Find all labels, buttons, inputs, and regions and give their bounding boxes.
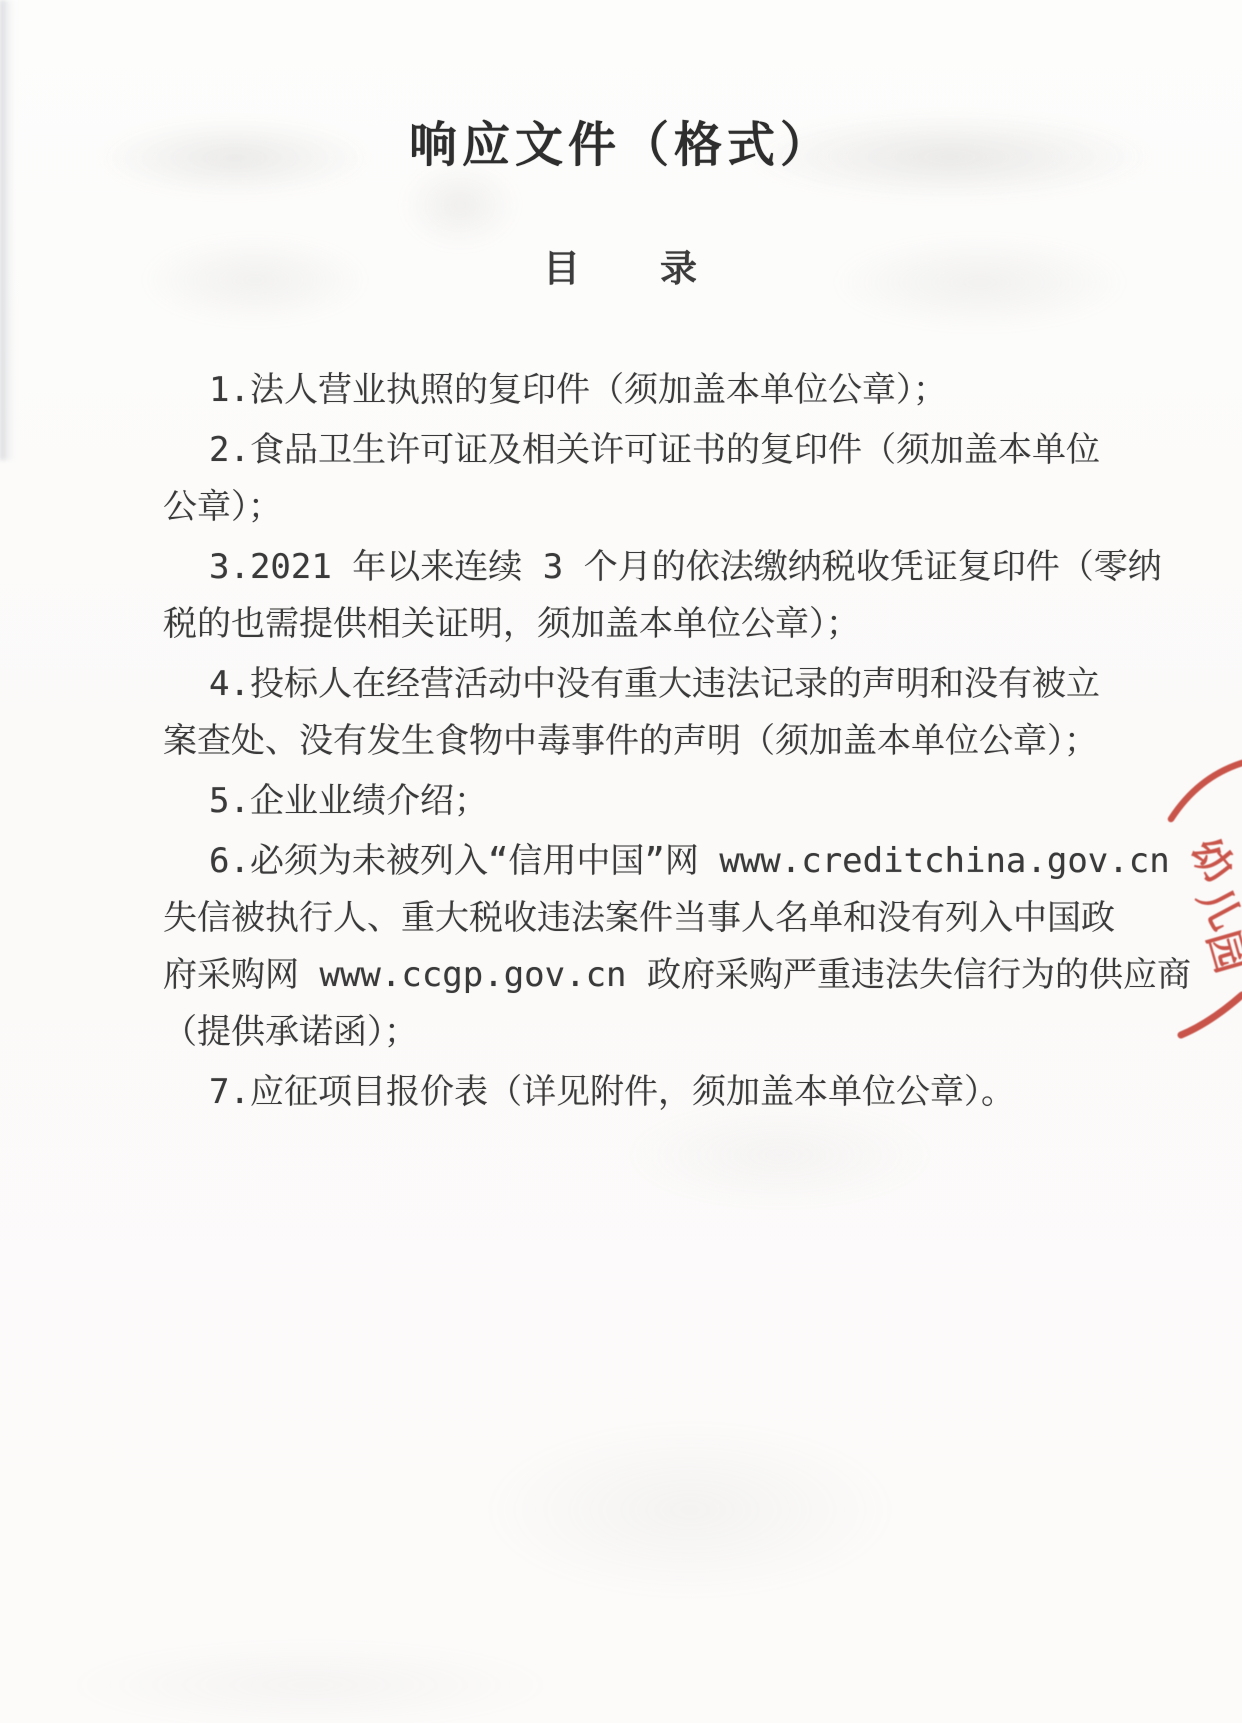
- toc-line: 3.2021 年以来连续 3 个月的依法缴纳税收凭证复印件（零纳: [163, 539, 1085, 596]
- toc-item-3: 3.2021 年以来连续 3 个月的依法缴纳税收凭证复印件（零纳 税的也需提供相…: [163, 539, 1085, 653]
- seal-char: 幼: [1181, 830, 1242, 891]
- toc-line: 2.食品卫生许可证及相关许可证书的复印件（须加盖本单位: [163, 422, 1085, 479]
- scan-bleedthrough-artifact: [480, 1420, 900, 1600]
- toc-body: 1.法人营业执照的复印件（须加盖本单位公章）； 2.食品卫生许可证及相关许可证书…: [163, 362, 1085, 1124]
- toc-item-7: 7.应征项目报价表（详见附件，须加盖本单位公章）。: [163, 1064, 1085, 1121]
- toc-line: 府采购网 www.ccgp.gov.cn 政府采购严重违法失信行为的供应商: [163, 947, 1085, 1004]
- seal-arc-top: [1171, 763, 1242, 819]
- scanned-document-page: 响应文件（格式） 目 录 1.法人营业执照的复印件（须加盖本单位公章）； 2.食…: [0, 0, 1242, 1723]
- toc-line: （提供承诺函）；: [163, 1004, 1085, 1061]
- toc-line: 失信被执行人、重大税收违法案件当事人名单和没有列入中国政: [163, 890, 1085, 947]
- toc-line: 5.企业业绩介绍；: [163, 773, 1085, 830]
- toc-line: 7.应征项目报价表（详见附件，须加盖本单位公章）。: [163, 1064, 1085, 1121]
- toc-line: 4.投标人在经营活动中没有重大违法记录的声明和没有被立: [163, 656, 1085, 713]
- toc-line: 案查处、没有发生食物中毒事件的声明（须加盖本单位公章）；: [163, 713, 1085, 770]
- seal-char: 园: [1199, 926, 1242, 978]
- toc-item-2: 2.食品卫生许可证及相关许可证书的复印件（须加盖本单位 公章）；: [163, 422, 1085, 536]
- toc-line: 公章）；: [163, 479, 1085, 536]
- document-title: 响应文件（格式）: [0, 106, 1242, 175]
- toc-heading: 目 录: [0, 238, 1242, 292]
- scanner-edge-shadow: [0, 0, 16, 460]
- toc-item-4: 4.投标人在经营活动中没有重大违法记录的声明和没有被立 案查处、没有发生食物中毒…: [163, 656, 1085, 770]
- toc-line: 税的也需提供相关证明，须加盖本单位公章）；: [163, 596, 1085, 653]
- scan-bleedthrough-artifact: [60, 1640, 560, 1723]
- seal-arc-bottom: [1181, 995, 1242, 1035]
- toc-item-1: 1.法人营业执照的复印件（须加盖本单位公章）；: [163, 362, 1085, 419]
- toc-item-6: 6.必须为未被列入“信用中国”网 www.creditchina.gov.cn …: [163, 833, 1085, 1061]
- toc-line: 6.必须为未被列入“信用中国”网 www.creditchina.gov.cn: [163, 833, 1085, 890]
- toc-line: 1.法人营业执照的复印件（须加盖本单位公章）；: [163, 362, 1085, 419]
- toc-item-5: 5.企业业绩介绍；: [163, 773, 1085, 830]
- official-seal-stamp: 幼 儿 园: [1126, 733, 1242, 1068]
